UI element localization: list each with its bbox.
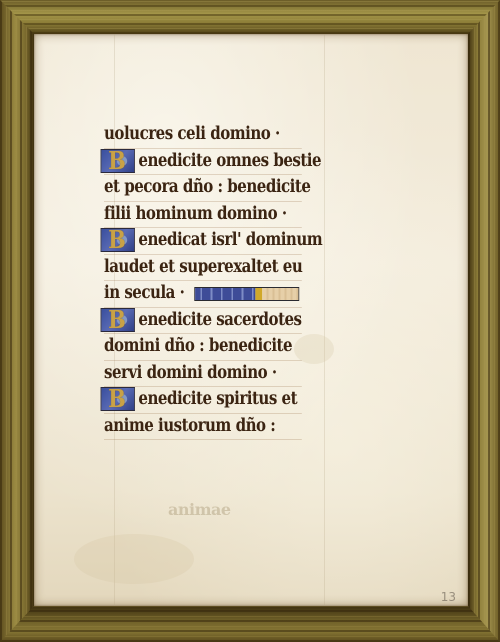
line-text: laudet et superexaltet eu xyxy=(104,257,302,277)
manuscript-leaf: uolucres celi domino · B enedicite omnes… xyxy=(34,34,468,606)
initial-letter: B xyxy=(108,386,130,412)
initial-letter: B xyxy=(108,148,130,174)
line-text: enedicite omnes bestie xyxy=(138,151,321,171)
frame-left-stile xyxy=(0,0,34,642)
text-line: et pecora dño : benedicite xyxy=(104,175,302,202)
line-text: enedicite sacerdotes xyxy=(138,310,301,330)
line-text: domini dño : benedicite xyxy=(104,336,292,356)
ink-offset-text: animae xyxy=(168,500,231,519)
text-line: servi domini domino · xyxy=(104,361,302,388)
line-text: enedicat isrl' dominum xyxy=(138,230,322,250)
filler-blue-segment xyxy=(195,288,255,300)
line-text: uolucres celi domino · xyxy=(104,124,280,144)
line-text: servi domini domino · xyxy=(104,363,277,383)
line-text: filii hominum domino · xyxy=(104,204,287,224)
text-line: uolucres celi domino · xyxy=(104,122,302,149)
folio-number: 13 xyxy=(441,590,456,604)
text-line: laudet et superexaltet eu xyxy=(104,255,302,282)
line-filler-ornament xyxy=(194,287,299,301)
text-line: anime iustorum dño : xyxy=(104,414,302,441)
text-line: B enedicite omnes bestie xyxy=(104,149,302,176)
line-text: in secula · xyxy=(104,283,184,303)
text-line: in secula · xyxy=(104,281,302,308)
filler-pink-segment xyxy=(262,288,298,300)
line-text: anime iustorum dño : xyxy=(104,416,275,436)
initial-letter: B xyxy=(108,307,130,333)
frame-right-stile xyxy=(468,0,500,642)
illuminated-initial: B xyxy=(101,228,135,252)
illuminated-initial: B xyxy=(101,387,135,411)
illuminated-initial: B xyxy=(101,149,135,173)
text-line: filii hominum domino · xyxy=(104,202,302,229)
illuminated-initial: B xyxy=(101,308,135,332)
text-column: uolucres celi domino · B enedicite omnes… xyxy=(104,122,334,440)
line-text: enedicite spiritus et xyxy=(138,389,297,409)
picture-frame: uolucres celi domino · B enedicite omnes… xyxy=(0,0,500,642)
line-text: et pecora dño : benedicite xyxy=(104,177,310,197)
text-line: B enedicite spiritus et xyxy=(104,387,302,414)
text-line: B enedicite sacerdotes xyxy=(104,308,302,335)
frame-top-rail xyxy=(0,0,500,34)
text-line: domini dño : benedicite xyxy=(104,334,302,361)
initial-letter: B xyxy=(108,227,130,253)
frame-bottom-rail xyxy=(0,606,500,642)
filler-gold-segment xyxy=(255,288,262,300)
text-line: B enedicat isrl' dominum xyxy=(104,228,302,255)
vellum-stain xyxy=(74,534,194,584)
